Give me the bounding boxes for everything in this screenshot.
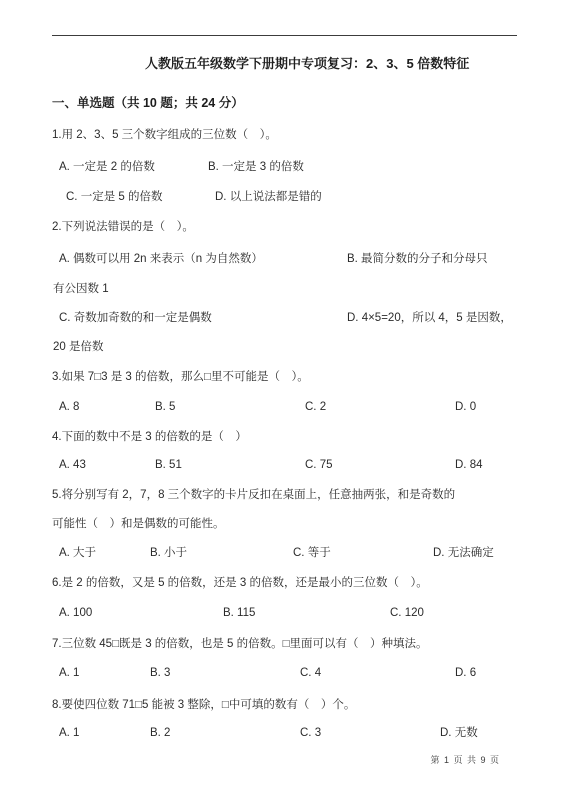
- option-1-b: B. 一定是 3 的倍数: [208, 160, 304, 175]
- section-heading: 一、单选题（共 10 题；共 24 分）: [52, 96, 244, 111]
- option-4-a: A. 43: [59, 458, 155, 473]
- top-rule: [52, 35, 517, 36]
- question-3-text: 3.如果 7□3 是 3 的倍数，那么□里不可能是（ ）。: [52, 370, 309, 385]
- option-5-c: C. 等于: [293, 546, 433, 561]
- question-7-text: 7.三位数 45□既是 3 的倍数，也是 5 的倍数。□里面可以有（ ）种填法。: [52, 637, 428, 652]
- option-8-a: A. 1: [59, 726, 150, 741]
- question-2-text: 2.下列说法错误的是（ ）。: [52, 220, 194, 235]
- question-4-text: 4.下面的数中不是 3 的倍数的是（ ）: [52, 430, 247, 445]
- option-8-d: D. 无数: [440, 726, 478, 741]
- question-2-options-row-1: A. 偶数可以用 2n 来表示（n 为自然数）B. 最简分数的分子和分母只: [59, 252, 488, 267]
- question-5-options-row: A. 大于B. 小于C. 等于D. 无法确定: [59, 546, 494, 561]
- option-2-d-continuation: 20 是倍数: [53, 340, 104, 355]
- option-4-c: C. 75: [305, 458, 455, 473]
- option-2-b: B. 最简分数的分子和分母只: [347, 252, 488, 267]
- question-6-text: 6.是 2 的倍数，又是 5 的倍数，还是 3 的倍数，还是最小的三位数（ ）。: [52, 576, 428, 591]
- option-2-a: A. 偶数可以用 2n 来表示（n 为自然数）: [59, 252, 347, 267]
- option-7-d: D. 6: [455, 666, 476, 681]
- worksheet-page: 人教版五年级数学下册期中专项复习：2、3、5 倍数特征 一、单选题（共 10 题…: [0, 0, 565, 800]
- question-1-text: 1.用 2、3、5 三个数字组成的三位数（ ）。: [52, 128, 277, 143]
- question-1-options-row-2: C. 一定是 5 的倍数D. 以上说法都是错的: [66, 190, 322, 205]
- question-2-options-row-2: C. 奇数加奇数的和一定是偶数D. 4×5=20，所以 4，5 是因数，: [59, 311, 512, 326]
- option-3-c: C. 2: [305, 400, 455, 415]
- question-1-options-row-1: A. 一定是 2 的倍数B. 一定是 3 的倍数: [59, 160, 304, 175]
- question-8-text: 8.要使四位数 71□5 能被 3 整除，□中可填的数有（ ）个。: [52, 698, 355, 713]
- option-3-d: D. 0: [455, 400, 476, 415]
- option-5-b: B. 小于: [150, 546, 293, 561]
- option-4-b: B. 51: [155, 458, 305, 473]
- option-3-b: B. 5: [155, 400, 305, 415]
- option-6-c: C. 120: [390, 606, 424, 621]
- option-7-c: C. 4: [300, 666, 455, 681]
- option-1-d: D. 以上说法都是错的: [215, 190, 322, 205]
- option-2-d: D. 4×5=20，所以 4，5 是因数，: [347, 311, 512, 326]
- question-5-text-line-2: 可能性（ ）和是偶数的可能性。: [52, 517, 225, 532]
- option-3-a: A. 8: [59, 400, 155, 415]
- option-6-b: B. 115: [223, 606, 390, 621]
- option-7-a: A. 1: [59, 666, 150, 681]
- option-5-d: D. 无法确定: [433, 546, 494, 561]
- option-1-a: A. 一定是 2 的倍数: [59, 160, 208, 175]
- question-3-options-row: A. 8B. 5C. 2D. 0: [59, 400, 476, 415]
- page-title: 人教版五年级数学下册期中专项复习：2、3、5 倍数特征: [145, 56, 469, 71]
- option-8-b: B. 2: [150, 726, 300, 741]
- option-2-c: C. 奇数加奇数的和一定是偶数: [59, 311, 347, 326]
- question-4-options-row: A. 43B. 51C. 75D. 84: [59, 458, 483, 473]
- page-footer: 第 1 页 共 9 页: [430, 753, 500, 766]
- option-2-b-continuation: 有公因数 1: [53, 282, 109, 297]
- question-5-text-line-1: 5.将分别写有 2，7，8 三个数字的卡片反扣在桌面上，任意抽两张，和是奇数的: [52, 488, 455, 503]
- option-5-a: A. 大于: [59, 546, 150, 561]
- option-1-c: C. 一定是 5 的倍数: [66, 190, 215, 205]
- question-6-options-row: A. 100B. 115C. 120: [59, 606, 424, 621]
- question-8-options-row: A. 1B. 2C. 3D. 无数: [59, 726, 478, 741]
- question-7-options-row: A. 1B. 3C. 4D. 6: [59, 666, 476, 681]
- option-8-c: C. 3: [300, 726, 440, 741]
- option-7-b: B. 3: [150, 666, 300, 681]
- option-4-d: D. 84: [455, 458, 483, 473]
- option-6-a: A. 100: [59, 606, 223, 621]
